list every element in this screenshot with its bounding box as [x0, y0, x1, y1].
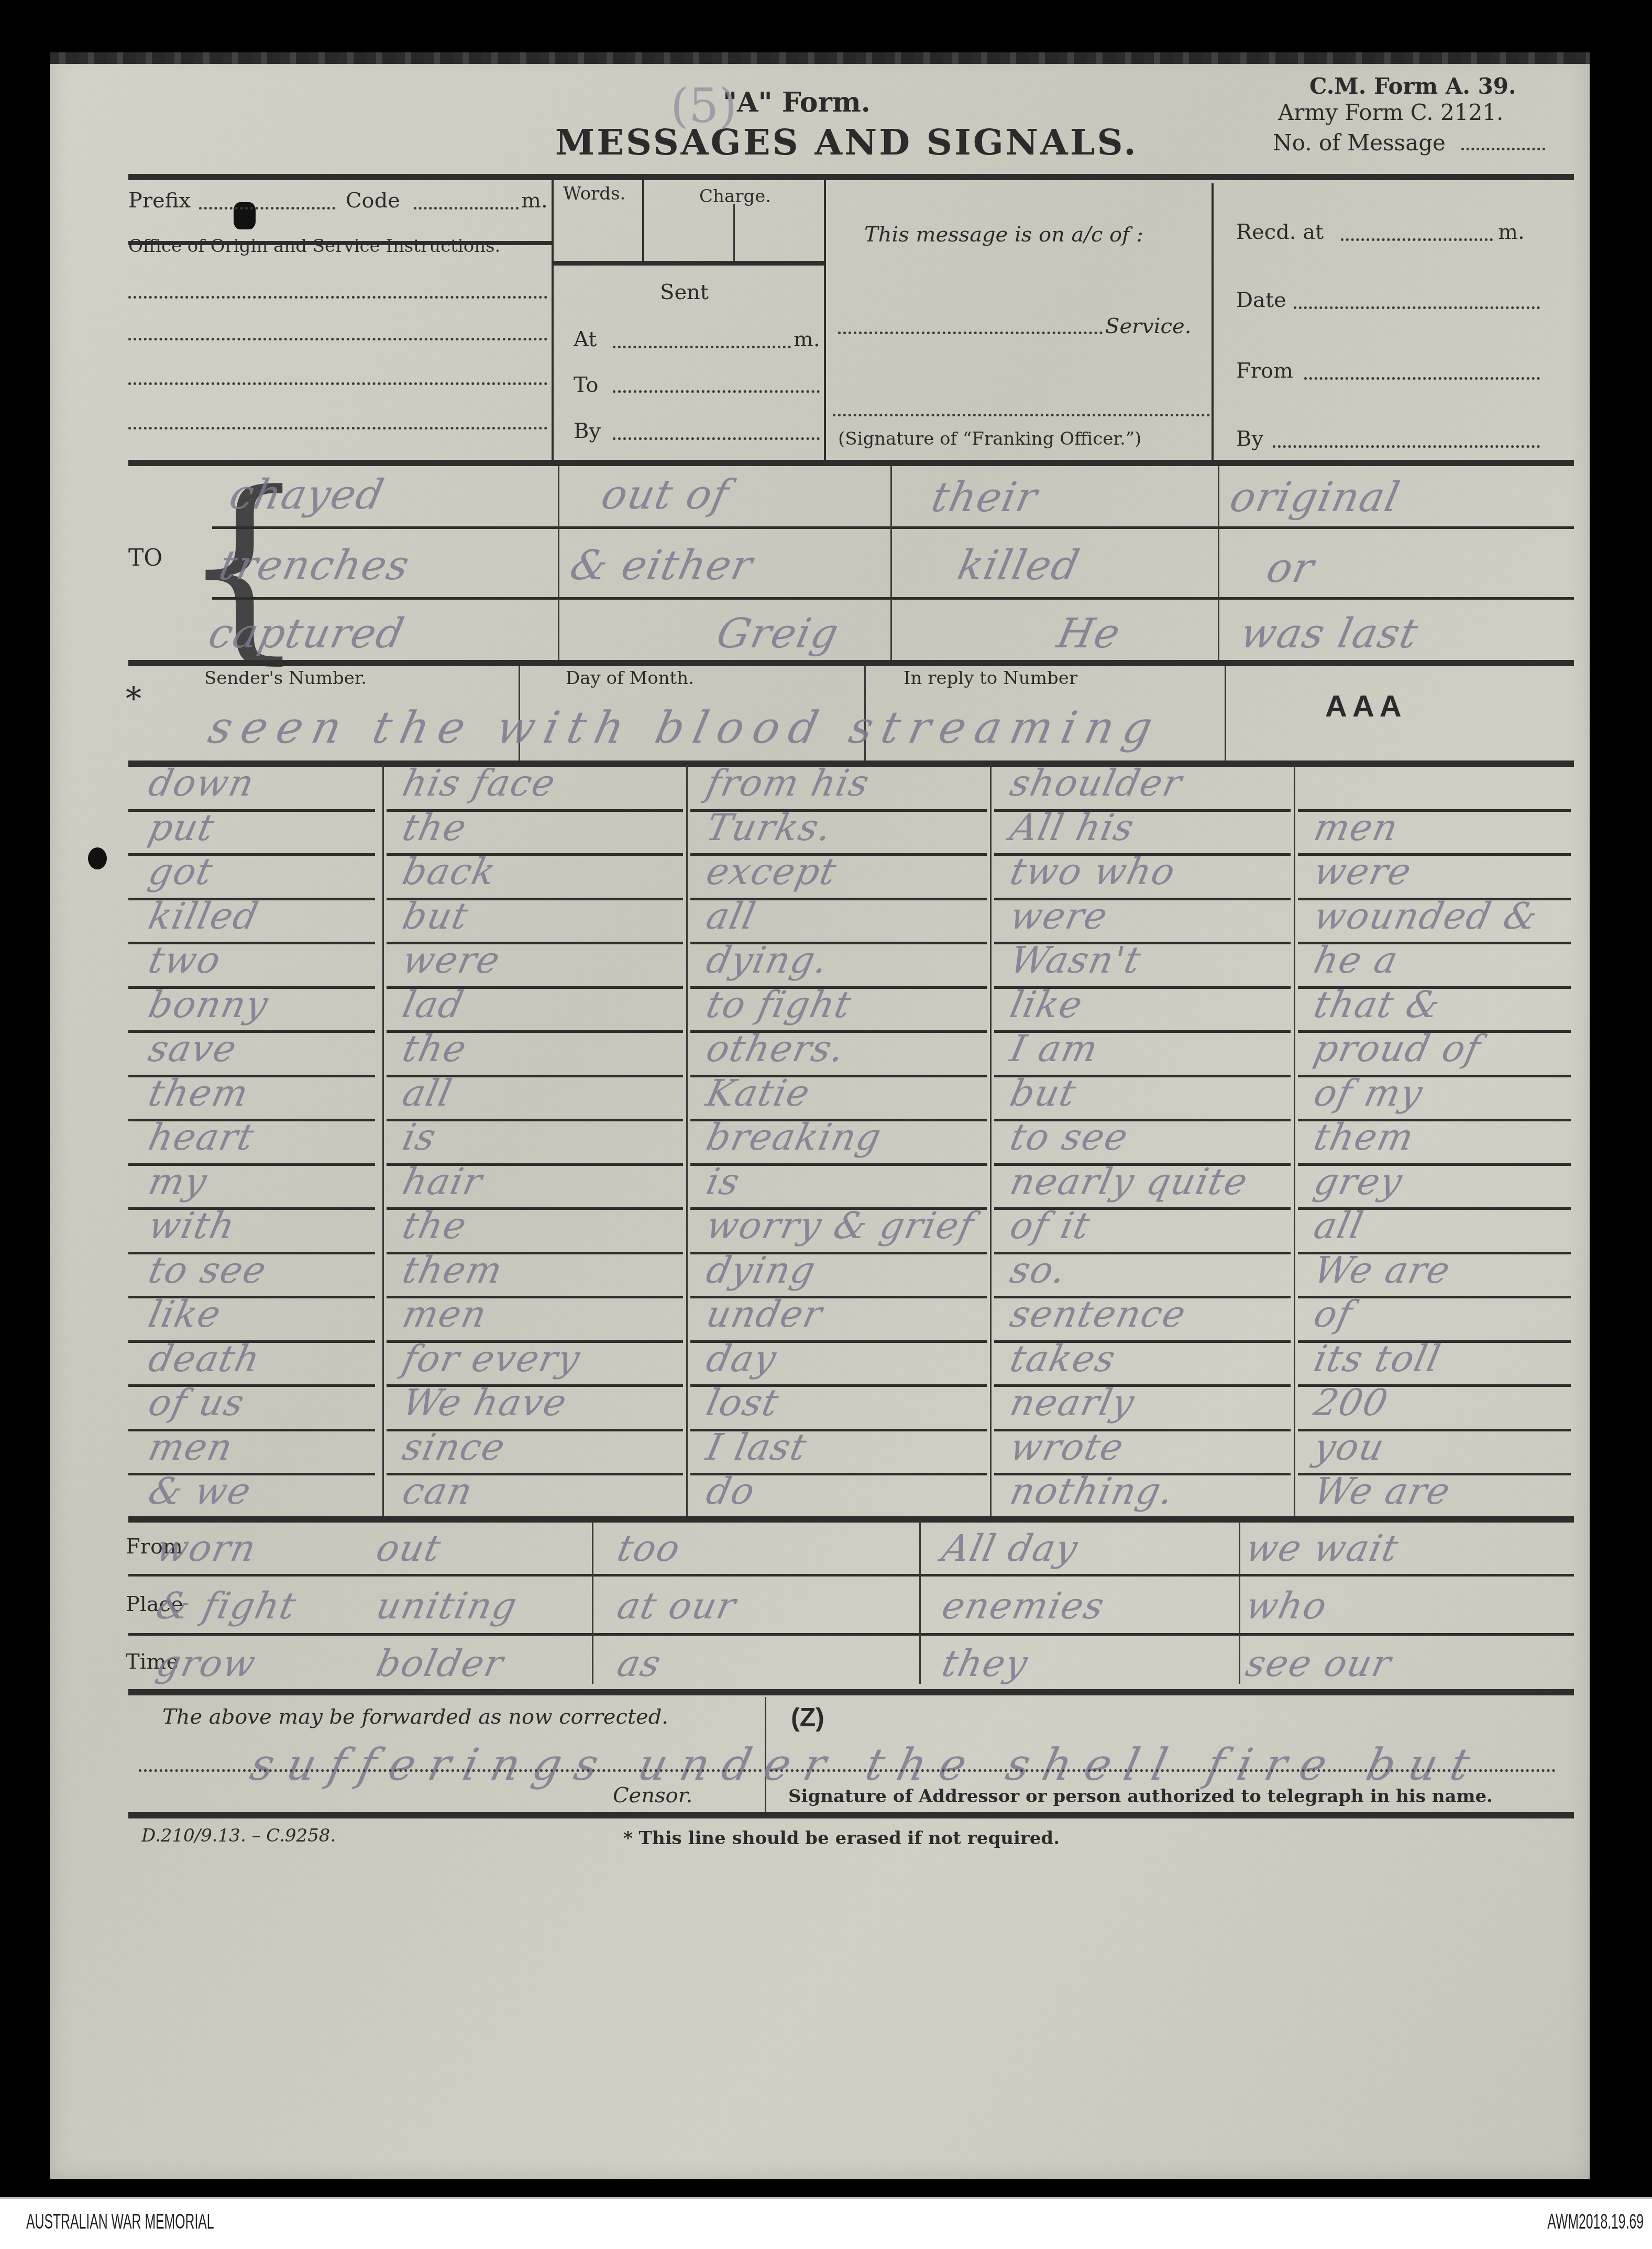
body-handwriting-cell: nothing. [1006, 1470, 1178, 1513]
archive-caption-strip: AUSTRALIAN WAR MEMORIAL AWM2018.19.69 [0, 2197, 1652, 2249]
body-handwriting-cell: men [1310, 806, 1402, 849]
footer-time-handwriting: see our [1242, 1642, 1395, 1685]
code-label: Code [346, 189, 400, 213]
erase-note: * This line should be erased if not requ… [623, 1828, 1060, 1849]
words-label: Words. [563, 183, 625, 204]
body-handwriting-cell: Wasn't [1006, 939, 1145, 982]
body-handwriting-cell: my [145, 1160, 211, 1203]
body-handwriting-cell: Turks. [702, 806, 836, 849]
body-handwriting-cell: them [145, 1072, 252, 1115]
form-title: MESSAGES AND SIGNALS. [555, 122, 1138, 163]
footer-from-handwriting: too [613, 1527, 685, 1570]
body-handwriting-cell: the [399, 1204, 471, 1247]
body-handwriting-cell: from his [702, 762, 874, 804]
header-divider-1 [552, 178, 554, 461]
censor-label: Censor. [613, 1783, 692, 1807]
footer-from-handwriting: All day [938, 1527, 1082, 1570]
censor-signature-field[interactable] [139, 1769, 762, 1772]
sent-by-field[interactable] [613, 437, 820, 440]
body-handwriting-cell: bonny [145, 983, 272, 1026]
body-handwriting-cell: takes [1006, 1337, 1120, 1380]
prefix-label: Prefix [128, 189, 191, 213]
body-handwriting-cell: wounded & [1310, 895, 1542, 938]
body-handwriting-cell: men [145, 1426, 237, 1469]
sent-box-rule [553, 261, 824, 266]
body-handwriting-cell: & we [145, 1470, 255, 1513]
z-mark: (Z) [791, 1702, 824, 1733]
footer-col-3 [1239, 1522, 1240, 1684]
pencil-page-number: (5) [670, 79, 737, 134]
footer-time-handwriting: grow [152, 1642, 260, 1685]
signature-handwriting: sufferings under the shell fire but [246, 1739, 1488, 1790]
body-col-divider [686, 765, 688, 1517]
to-line-2 [212, 597, 1574, 600]
body-handwriting-cell: two who [1006, 850, 1180, 893]
body-handwriting-cell: were [399, 939, 504, 982]
body-handwriting-cell: all [1310, 1204, 1368, 1247]
office-line-4[interactable] [128, 427, 547, 429]
sent-label: Sent [660, 280, 709, 304]
print-code: D.210/9.13. – C.9258. [141, 1825, 336, 1846]
to-col-2 [890, 466, 892, 660]
body-handwriting-cell: to see [145, 1249, 271, 1292]
body-handwriting-cell: dying [702, 1249, 820, 1292]
senders-number-label: Sender's Number. [204, 668, 367, 689]
body-handwriting-cell: nearly [1006, 1381, 1139, 1424]
body-handwriting-cell: its toll [1310, 1337, 1445, 1380]
body-handwriting-cell: but [1006, 1072, 1080, 1115]
sent-at-m-suffix: m. [794, 327, 820, 351]
body-handwriting-cell: his face [399, 762, 559, 804]
body-handwriting-cell: All his [1006, 806, 1138, 849]
body-handwriting-cell: save [145, 1027, 241, 1070]
cm-form-number: C.M. Form A. 39. [1309, 73, 1516, 99]
place-row-line [128, 1633, 1574, 1636]
body-handwriting-cell: were [1006, 895, 1112, 938]
body-handwriting-cell: except [702, 850, 841, 893]
body-handwriting-cell: lost [702, 1381, 783, 1424]
forwarded-note: The above may be forwarded as now correc… [162, 1705, 668, 1729]
body-handwriting-cell: you [1310, 1426, 1389, 1469]
message-number-label: No. of Message [1273, 130, 1446, 156]
body-handwriting-cell: others. [702, 1027, 849, 1070]
body-handwriting-cell: sentence [1006, 1293, 1190, 1336]
body-handwriting-cell: for every [399, 1337, 585, 1380]
body-handwriting-cell: them [399, 1249, 506, 1292]
body-handwriting-cell: the [399, 1027, 471, 1070]
franking-officer-label: (Signature of “Franking Officer.”) [838, 428, 1141, 449]
body-handwriting-cell: shoulder [1006, 762, 1186, 804]
recd-by-label: By [1236, 427, 1263, 451]
body-handwriting-cell: dying. [702, 939, 832, 982]
sent-at-field[interactable] [613, 346, 791, 348]
to-bottom-rule [128, 660, 1574, 666]
army-form-number: Army Form C. 2121. [1278, 100, 1503, 125]
body-handwriting-cell: We have [399, 1381, 571, 1424]
body-col-divider [382, 765, 384, 1517]
day-of-month-label: Day of Month. [566, 668, 694, 689]
body-handwriting-cell: like [145, 1293, 225, 1336]
footer-place-handwriting: enemies [938, 1584, 1108, 1627]
office-line-1[interactable] [128, 296, 547, 299]
footer-time-handwriting: they [938, 1642, 1032, 1685]
footer-place-handwriting: at our [613, 1584, 740, 1627]
header-bottom-rule [128, 460, 1574, 466]
body-handwriting-cell: of it [1006, 1204, 1094, 1247]
header-divider-4 [1212, 183, 1214, 461]
sent-to-field[interactable] [613, 390, 820, 393]
body-bottom-rule [128, 1516, 1574, 1523]
aaa-separator: AAA [1325, 689, 1407, 724]
body-handwriting-cell: I am [1006, 1027, 1102, 1070]
accession-number: AWM2018.19.69 [1547, 2210, 1644, 2234]
to-line2-word2: & either [566, 542, 757, 589]
office-of-origin-label: Office of Origin and Service Instruction… [128, 236, 500, 257]
date-label: Date [1236, 288, 1286, 312]
body-handwriting-cell: them [1310, 1116, 1418, 1159]
franking-signature-field[interactable] [833, 414, 1210, 416]
from-field[interactable] [1304, 377, 1540, 380]
asterisk-mark: * [126, 681, 141, 718]
charge-inner-divider [733, 204, 735, 262]
body-handwriting-cell: lad [399, 983, 468, 1026]
body-handwriting-cell: proud of [1310, 1027, 1485, 1070]
body-handwriting-cell: under [702, 1293, 827, 1336]
header-divider-2 [642, 178, 644, 262]
body-handwriting-cell: can [399, 1470, 477, 1513]
addressor-signature-field[interactable] [770, 1769, 1556, 1772]
body-handwriting-cell: We are [1310, 1470, 1455, 1513]
service-field[interactable] [838, 332, 1103, 334]
to-label: TO [128, 545, 162, 571]
charge-label: Charge. [699, 186, 771, 207]
footer-from-handwriting: we wait [1242, 1527, 1403, 1570]
body-handwriting-cell: two [145, 939, 225, 982]
body-handwriting-cell: I last [702, 1426, 811, 1469]
body-handwriting-cell: to fight [702, 983, 855, 1026]
to-line2-word1: trenches [215, 542, 414, 589]
body-handwriting-cell: breaking [702, 1116, 886, 1159]
body-handwriting-cell: he a [1310, 939, 1402, 982]
service-label: Service. [1105, 314, 1191, 338]
account-label: This message is on a/c of : [864, 223, 1143, 247]
to-line1-word3: their [927, 474, 1042, 521]
punch-hole [88, 847, 107, 869]
body-handwriting-cell: like [1006, 983, 1087, 1026]
body-handwriting-cell: men [399, 1293, 491, 1336]
body-handwriting-cell: got [145, 850, 217, 893]
footer-col-2 [919, 1522, 921, 1684]
to-col-3 [1218, 466, 1219, 660]
body-handwriting-cell: all [702, 895, 760, 938]
body-handwriting-cell: but [399, 895, 472, 938]
from-row-line [128, 1574, 1574, 1576]
to-line-1 [212, 526, 1574, 529]
header-top-rule [128, 174, 1574, 180]
sent-by-label: By [574, 419, 601, 443]
signature-bottom-rule [128, 1812, 1574, 1818]
to-line3-word2: Greig [712, 610, 843, 657]
from-label: From [1236, 359, 1293, 383]
body-handwriting-cell: hair [399, 1160, 487, 1203]
addressor-signature-label: Signature of Addressor or person authori… [788, 1786, 1493, 1807]
footer-time-handwriting: as [613, 1642, 665, 1685]
body-handwriting-cell: the [399, 806, 471, 849]
body-handwriting-cell: killed [145, 895, 262, 938]
message-number-field[interactable] [1461, 148, 1545, 150]
sent-at-label: At [574, 327, 597, 351]
body-handwriting-cell: all [399, 1072, 456, 1115]
office-line-2[interactable] [128, 338, 547, 340]
body-handwriting-cell: of my [1310, 1072, 1427, 1115]
footer-place-handwriting: uniting [372, 1584, 521, 1627]
body-handwriting-cell: We are [1310, 1249, 1455, 1292]
body-handwriting-cell: to see [1006, 1116, 1132, 1159]
body-handwriting-cell: worry & grief [702, 1204, 978, 1247]
footer-col-1 [592, 1522, 593, 1684]
to-line1-word4: original [1226, 474, 1404, 521]
body-handwriting-cell: grey [1310, 1160, 1407, 1203]
institution-label: AUSTRALIAN WAR MEMORIAL [26, 2210, 214, 2234]
recd-m-suffix: m. [1498, 220, 1525, 244]
body-handwriting-cell: day [702, 1337, 781, 1380]
body-handwriting-cell: put [145, 806, 218, 849]
body-col-divider [1294, 765, 1295, 1517]
header-divider-3 [824, 178, 826, 461]
to-line2-word3: killed [953, 542, 1084, 589]
in-reply-to-label: In reply to Number [904, 668, 1077, 689]
sender-row-handwriting: seen the with blood streaming [204, 702, 1166, 753]
ink-blot [234, 202, 256, 229]
to-line3-word4: was last [1236, 610, 1423, 657]
code-field[interactable] [414, 207, 519, 210]
to-line1-word2: out of [597, 471, 733, 519]
body-handwriting-cell: heart [145, 1116, 258, 1159]
body-handwriting-cell: nearly quite [1006, 1160, 1252, 1203]
form-type: "A" Form. [723, 86, 871, 118]
footer-bottom-rule [128, 1689, 1574, 1695]
to-line3-word1: captured [204, 610, 409, 657]
torn-top-edge [50, 52, 1590, 64]
body-handwriting-cell: down [145, 762, 258, 804]
prefix-field[interactable] [199, 207, 335, 210]
recd-by-field[interactable] [1273, 445, 1540, 448]
footer-from-handwriting: worn [152, 1527, 260, 1570]
body-handwriting-cell: so. [1006, 1249, 1071, 1292]
footer-from-handwriting: out [372, 1527, 445, 1570]
to-line1-word1: chayed [225, 471, 389, 519]
footer-place-handwriting: & fight [152, 1584, 300, 1627]
body-handwriting-cell: wrote [1006, 1426, 1128, 1469]
body-handwriting-cell: back [399, 850, 500, 893]
body-handwriting-cell: death [145, 1337, 265, 1380]
body-handwriting-cell: Katie [702, 1072, 814, 1115]
footer-place-handwriting: who [1242, 1584, 1331, 1627]
body-handwriting-cell: with [145, 1204, 239, 1247]
recd-at-label: Recd. at [1236, 220, 1324, 244]
body-handwriting-cell: of us [145, 1381, 249, 1424]
date-field[interactable] [1294, 306, 1540, 309]
body-handwriting-cell: 200 [1310, 1381, 1392, 1424]
footer-time-handwriting: bolder [372, 1642, 508, 1685]
to-col-1 [558, 466, 559, 660]
code-m-suffix: m. [521, 189, 548, 213]
body-handwriting-cell: since [399, 1426, 509, 1469]
sent-to-label: To [574, 373, 599, 397]
recd-at-field[interactable] [1341, 238, 1493, 241]
sender-col-3 [1225, 666, 1226, 763]
body-col-divider [990, 765, 992, 1517]
to-line3-word3: He [1053, 610, 1125, 657]
office-line-3[interactable] [128, 382, 547, 385]
body-handwriting-cell: were [1310, 850, 1416, 893]
body-handwriting-cell: that & [1310, 983, 1445, 1026]
body-handwriting-cell: do [702, 1470, 759, 1513]
